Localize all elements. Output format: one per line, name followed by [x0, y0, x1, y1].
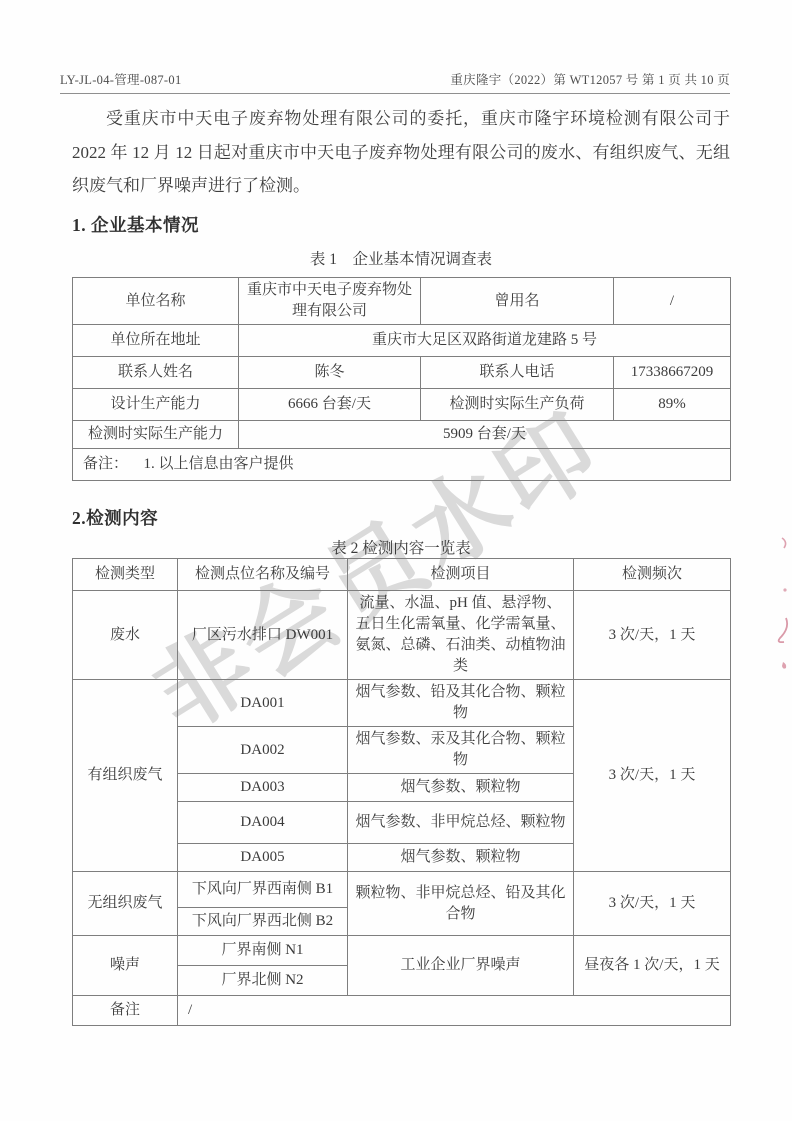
table-row: 检测时实际生产能力 5909 台套/天: [73, 421, 731, 449]
table-row: 单位名称 重庆市中天电子废弃物处理有限公司 曾用名 /: [73, 278, 731, 325]
point-da003: DA003: [178, 774, 348, 802]
point-b1: 下风向厂界西南侧 B1: [178, 872, 348, 908]
section-2-heading: 2.检测内容: [72, 505, 158, 530]
red-pen-edge-marks: [756, 530, 792, 690]
point-da001: DA001: [178, 680, 348, 727]
items-da004: 烟气参数、非甲烷总烃、颗粒物: [348, 802, 574, 844]
unit-name-label: 单位名称: [73, 278, 239, 325]
point-n2: 厂界北侧 N2: [178, 966, 348, 996]
table-1-company-info: 单位名称 重庆市中天电子废弃物处理有限公司 曾用名 / 单位所在地址 重庆市大足…: [72, 277, 731, 481]
former-name-label: 曾用名: [421, 278, 614, 325]
items-da002: 烟气参数、汞及其化合物、颗粒物: [348, 727, 574, 774]
table-row-da001: 有组织废气 DA001 烟气参数、铅及其化合物、颗粒物 3 次/天，1 天: [73, 680, 731, 727]
table-1-note: 备注： 1. 以上信息由客户提供: [73, 449, 731, 481]
table-row: 设计生产能力 6666 台套/天 检测时实际生产负荷 89%: [73, 389, 731, 421]
contact-phone-value: 17338667209: [614, 357, 731, 389]
table-2-note-value: /: [178, 996, 731, 1026]
table-header-row: 检测类型 检测点位名称及编号 检测项目 检测频次: [73, 559, 731, 591]
point-da002: DA002: [178, 727, 348, 774]
unit-name-value: 重庆市中天电子废弃物处理有限公司: [239, 278, 421, 325]
production-load-label: 检测时实际生产负荷: [421, 389, 614, 421]
type-wastewater: 废水: [73, 591, 178, 680]
page-header: LY-JL-04-管理-087-01 重庆隆宇（2022）第 WT12057 号…: [60, 70, 730, 94]
point-da005: DA005: [178, 844, 348, 872]
col-header-point: 检测点位名称及编号: [178, 559, 348, 591]
table-row-b1: 无组织废气 下风向厂界西南侧 B1 颗粒物、非甲烷总烃、铅及其化合物 3 次/天…: [73, 872, 731, 908]
table-row: 备注： 1. 以上信息由客户提供: [73, 449, 731, 481]
table-1-caption: 表 1 企业基本情况调查表: [72, 247, 730, 269]
address-label: 单位所在地址: [73, 325, 239, 357]
col-header-items: 检测项目: [348, 559, 574, 591]
former-name-value: /: [614, 278, 731, 325]
items-wastewater: 流量、水温、pH 值、悬浮物、五日生化需氧量、化学需氧量、氨氮、总磷、石油类、动…: [348, 591, 574, 680]
contact-phone-label: 联系人电话: [421, 357, 614, 389]
address-value: 重庆市大足区双路街道龙建路 5 号: [239, 325, 731, 357]
freq-wastewater: 3 次/天，1 天: [574, 591, 731, 680]
design-capacity-label: 设计生产能力: [73, 389, 239, 421]
table-row-note: 备注 /: [73, 996, 731, 1026]
type-organized-gas: 有组织废气: [73, 680, 178, 872]
items-da003: 烟气参数、颗粒物: [348, 774, 574, 802]
freq-organized-gas: 3 次/天，1 天: [574, 680, 731, 872]
type-noise: 噪声: [73, 936, 178, 996]
point-dw001: 厂区污水排口 DW001: [178, 591, 348, 680]
freq-noise: 昼夜各 1 次/天，1 天: [574, 936, 731, 996]
document-page: 非会员水印 LY-JL-04-管理-087-01 重庆隆宇（2022）第 WT1…: [0, 0, 792, 1121]
intro-paragraph: 受重庆市中天电子废弃物处理有限公司的委托，重庆市隆宇环境检测有限公司于 2022…: [72, 102, 730, 203]
table-row-wastewater: 废水 厂区污水排口 DW001 流量、水温、pH 值、悬浮物、五日生化需氧量、化…: [73, 591, 731, 680]
point-da004: DA004: [178, 802, 348, 844]
table-2-monitoring-content: 检测类型 检测点位名称及编号 检测项目 检测频次 废水 厂区污水排口 DW001…: [72, 558, 731, 1026]
actual-capacity-value: 5909 台套/天: [239, 421, 731, 449]
production-load-value: 89%: [614, 389, 731, 421]
actual-capacity-label: 检测时实际生产能力: [73, 421, 239, 449]
point-b2: 下风向厂界西北侧 B2: [178, 908, 348, 936]
table-row: 单位所在地址 重庆市大足区双路街道龙建路 5 号: [73, 325, 731, 357]
point-n1: 厂界南侧 N1: [178, 936, 348, 966]
table-2-note-label: 备注: [73, 996, 178, 1026]
items-da005: 烟气参数、颗粒物: [348, 844, 574, 872]
section-1-heading: 1. 企业基本情况: [72, 212, 199, 237]
note-label: 备注：: [83, 456, 128, 472]
type-unorganized-gas: 无组织废气: [73, 872, 178, 936]
freq-unorganized-gas: 3 次/天，1 天: [574, 872, 731, 936]
col-header-type: 检测类型: [73, 559, 178, 591]
report-number-page-info: 重庆隆宇（2022）第 WT12057 号 第 1 页 共 10 页: [450, 70, 730, 88]
contact-name-value: 陈冬: [239, 357, 421, 389]
note-text: 1. 以上信息由客户提供: [144, 456, 294, 472]
items-da001: 烟气参数、铅及其化合物、颗粒物: [348, 680, 574, 727]
design-capacity-value: 6666 台套/天: [239, 389, 421, 421]
col-header-frequency: 检测频次: [574, 559, 731, 591]
contact-name-label: 联系人姓名: [73, 357, 239, 389]
items-unorganized-gas: 颗粒物、非甲烷总烃、铅及其化合物: [348, 872, 574, 936]
document-code: LY-JL-04-管理-087-01: [60, 70, 182, 88]
table-2-caption: 表 2 检测内容一览表: [72, 536, 730, 558]
table-row: 联系人姓名 陈冬 联系人电话 17338667209: [73, 357, 731, 389]
items-noise: 工业企业厂界噪声: [348, 936, 574, 996]
table-row-n1: 噪声 厂界南侧 N1 工业企业厂界噪声 昼夜各 1 次/天，1 天: [73, 936, 731, 966]
